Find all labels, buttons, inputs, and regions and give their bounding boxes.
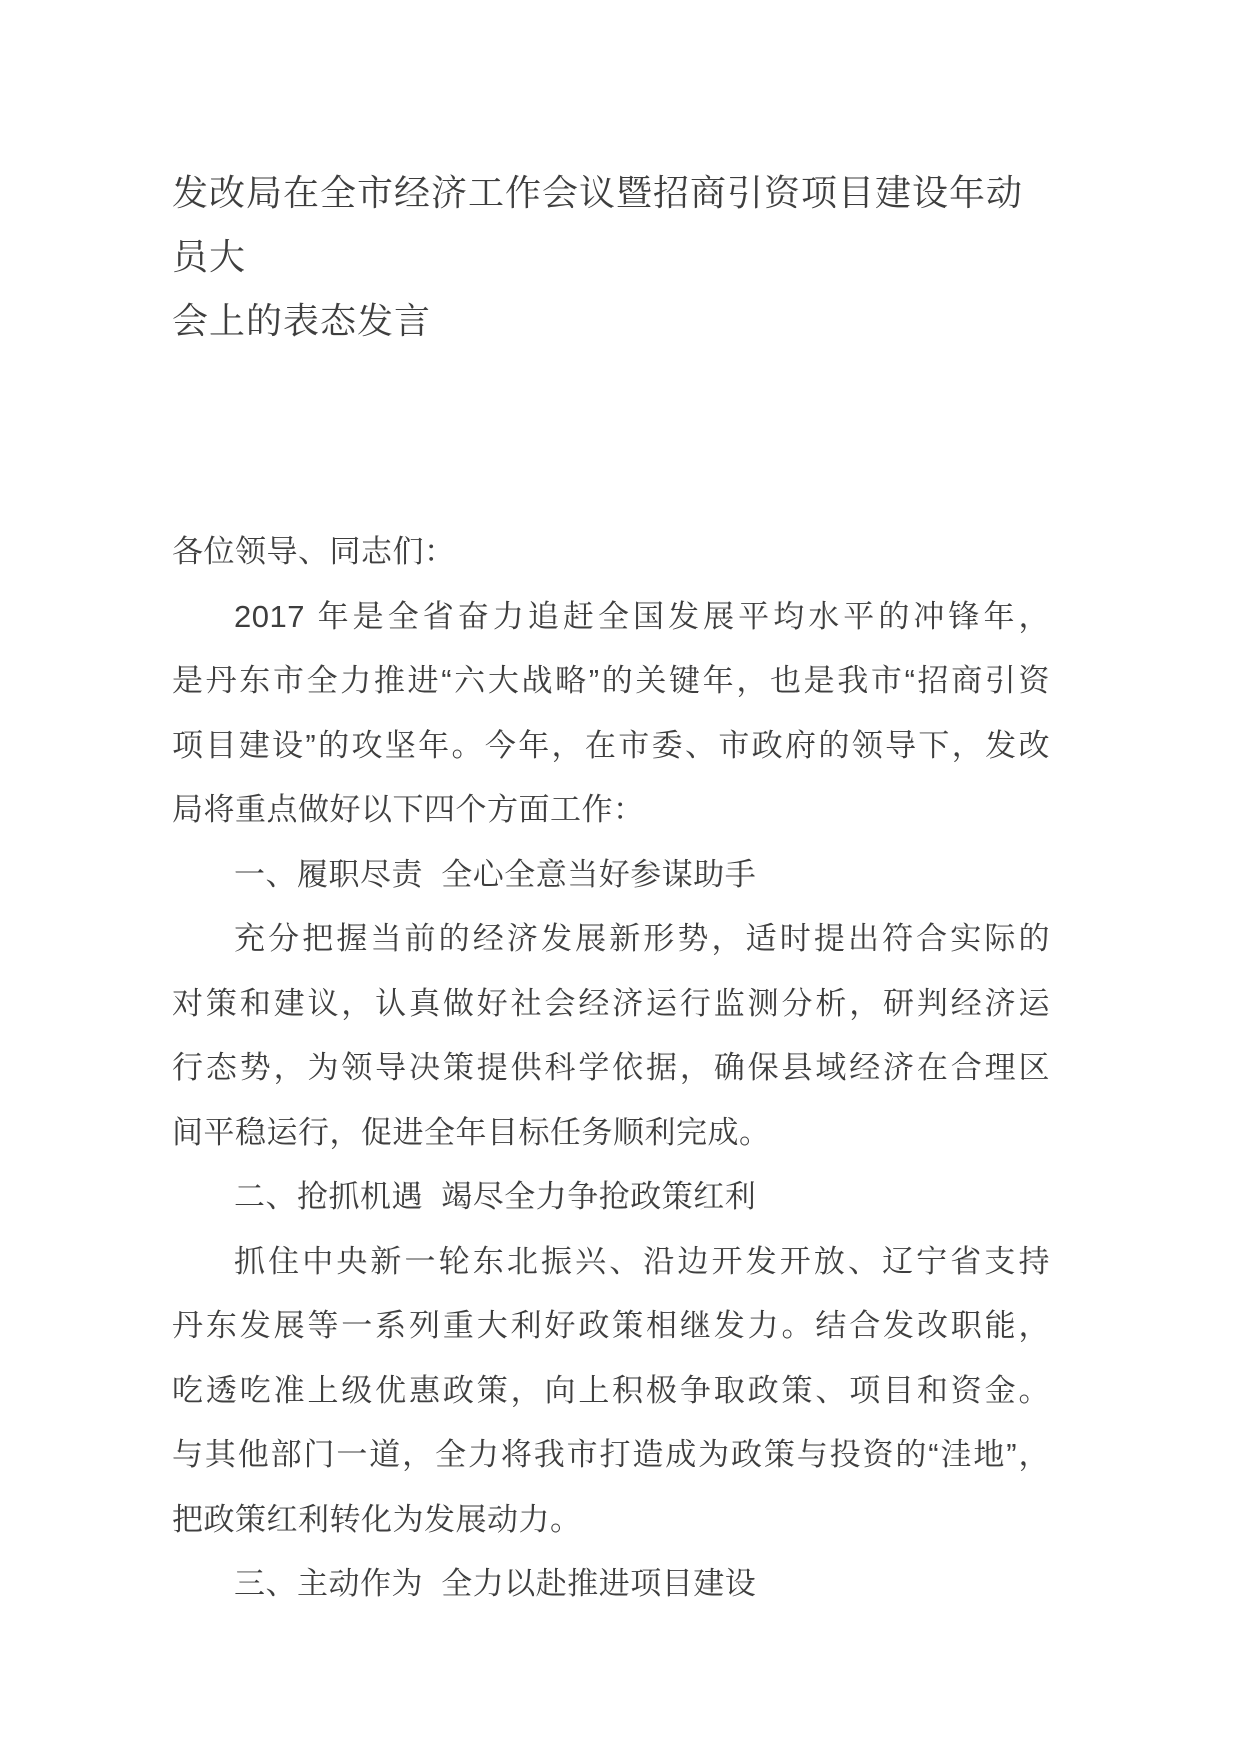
- body-line: 吃透吃准上级优惠政策，向上积极争取政策、项目和资金。: [172, 1359, 1050, 1424]
- body-line: 是丹东市全力推进“六大战略”的关键年，也是我市“招商引资: [172, 649, 1050, 714]
- body-line: 与其他部门一道，全力将我市打造成为政策与投资的“洼地”，: [172, 1423, 1050, 1488]
- salutation-line: 各位领导、同志们：: [172, 520, 1050, 585]
- body-line: 抓住中央新一轮东北振兴、沿边开发开放、辽宁省支持: [172, 1230, 1050, 1295]
- document-page: 发改局在全市经济工作会议暨招商引资项目建设年动员大 会上的表态发言 各位领导、同…: [0, 0, 1241, 1755]
- title-body-spacer: [172, 353, 1050, 520]
- body-line: 把政策红利转化为发展动力。: [172, 1488, 1050, 1553]
- section-heading-3: 三、主动作为 全力以赴推进项目建设: [172, 1552, 1050, 1617]
- body-line: 丹东发展等一系列重大利好政策相继发力。结合发改职能，: [172, 1294, 1050, 1359]
- body-line: 间平稳运行，促进全年目标任务顺利完成。: [172, 1101, 1050, 1166]
- section-heading-1: 一、履职尽责 全心全意当好参谋助手: [172, 843, 1050, 908]
- body-line: 充分把握当前的经济发展新形势，适时提出符合实际的: [172, 907, 1050, 972]
- body-line: 2017 年是全省奋力追赶全国发展平均水平的冲锋年，: [172, 585, 1050, 650]
- title-line-1: 发改局在全市经济工作会议暨招商引资项目建设年动员大: [172, 161, 1050, 289]
- section-heading-2: 二、抢抓机遇 竭尽全力争抢政策红利: [172, 1165, 1050, 1230]
- body-line: 对策和建议，认真做好社会经济运行监测分析，研判经济运: [172, 972, 1050, 1037]
- document-content: 发改局在全市经济工作会议暨招商引资项目建设年动员大 会上的表态发言 各位领导、同…: [172, 0, 1050, 1617]
- document-title: 发改局在全市经济工作会议暨招商引资项目建设年动员大 会上的表态发言: [172, 0, 1050, 353]
- body-line: 局将重点做好以下四个方面工作：: [172, 778, 1050, 843]
- body-line: 行态势，为领导决策提供科学依据，确保县域经济在合理区: [172, 1036, 1050, 1101]
- body-line: 项目建设”的攻坚年。今年，在市委、市政府的领导下，发改: [172, 714, 1050, 779]
- title-line-2: 会上的表态发言: [172, 289, 1050, 353]
